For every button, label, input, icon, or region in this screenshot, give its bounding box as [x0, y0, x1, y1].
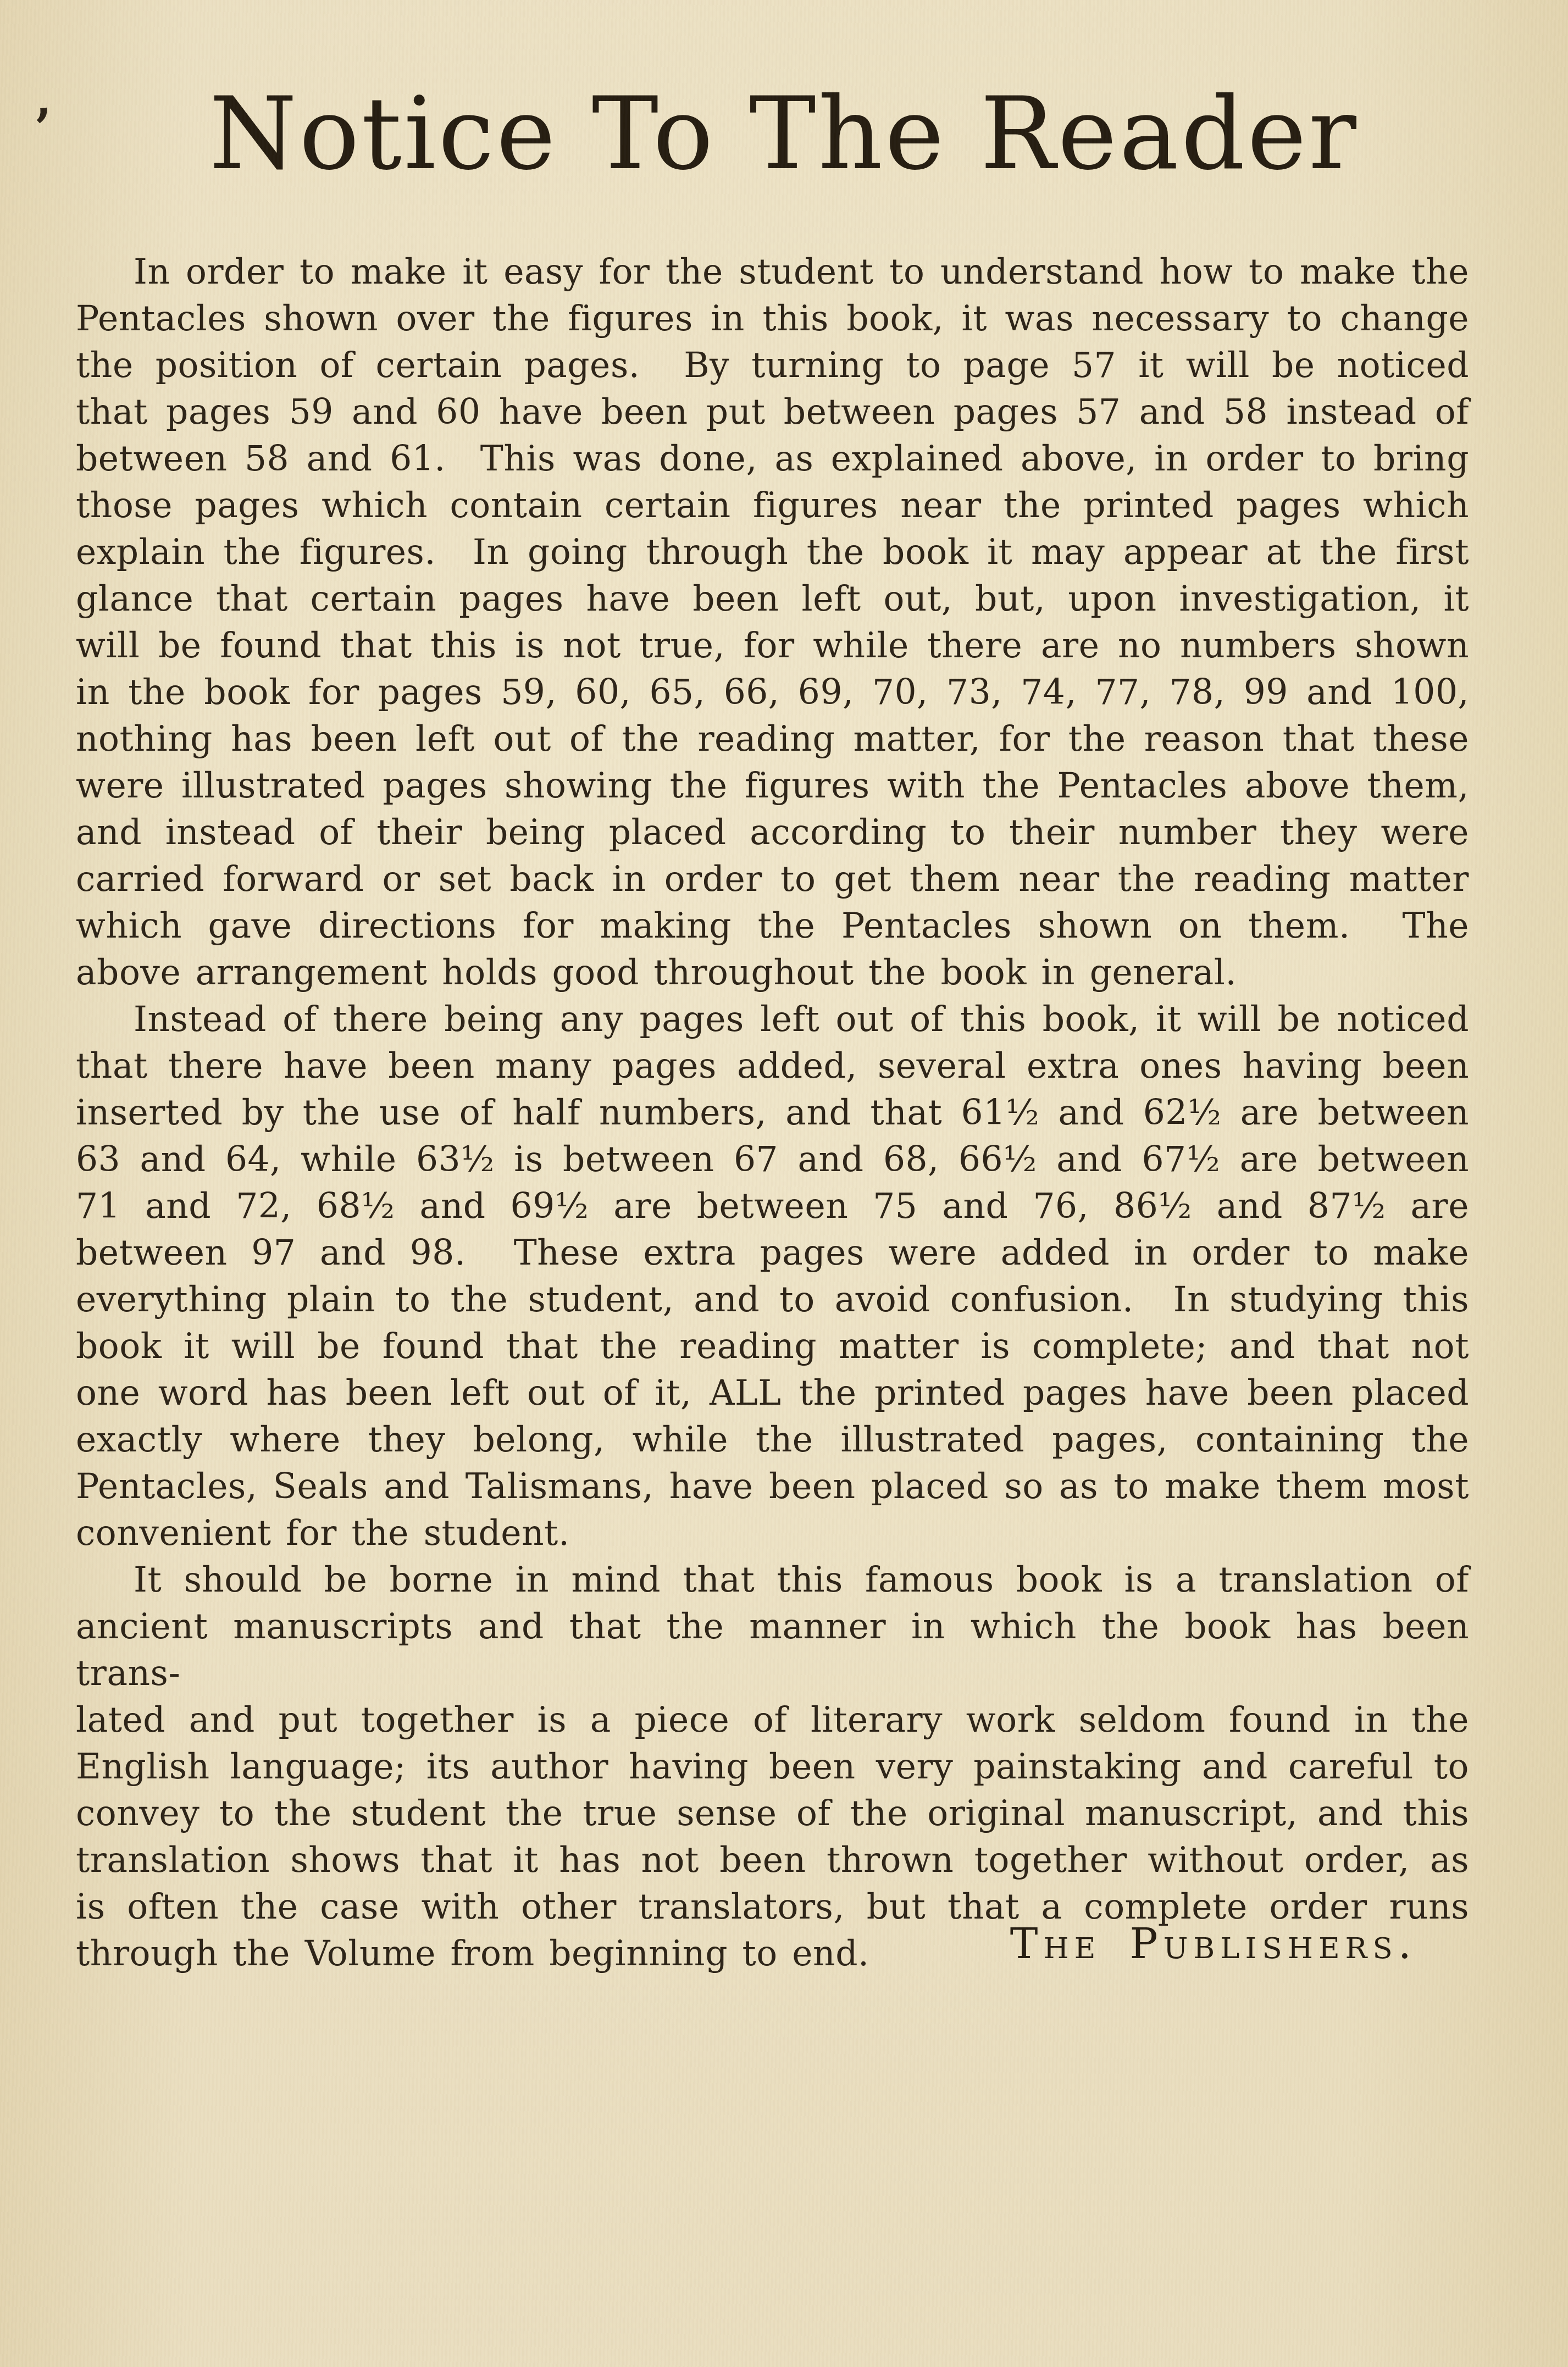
text-line: carried forward or set back in order to …: [76, 856, 1469, 902]
text-line: glance that certain pages have been left…: [76, 575, 1469, 622]
text-line: Instead of there being any pages left ou…: [76, 996, 1469, 1043]
text-line: 71 and 72, 68½ and 69½ are between 75 an…: [76, 1183, 1469, 1229]
paragraph: In order to make it easy for the student…: [76, 248, 1469, 996]
text-line: will be found that this is not true, for…: [76, 622, 1469, 669]
text-line: between 58 and 61. This was done, as exp…: [76, 435, 1469, 482]
text-line: exactly where they belong, while the ill…: [76, 1416, 1469, 1463]
text-line: English language; its author having been…: [76, 1743, 1469, 1790]
text-line: 63 and 64, while 63½ is between 67 and 6…: [76, 1136, 1469, 1183]
text-line: were illustrated pages showing the figur…: [76, 762, 1469, 809]
text-line: between 97 and 98. These extra pages wer…: [76, 1229, 1469, 1276]
publishers-signature: The Publishers.: [76, 1919, 1469, 1968]
text-line: book it will be found that the reading m…: [76, 1323, 1469, 1370]
text-line: the position of certain pages. By turnin…: [76, 342, 1469, 389]
text-line: Pentacles, Seals and Talismans, have bee…: [76, 1463, 1469, 1510]
text-line: translation shows that it has not been t…: [76, 1837, 1469, 1883]
text-line: nothing has been left out of the reading…: [76, 716, 1469, 762]
text-line: that there have been many pages added, s…: [76, 1043, 1469, 1089]
text-line: It should be borne in mind that this fam…: [76, 1556, 1469, 1603]
book-page: ’ Notice To The Reader In order to make …: [0, 0, 1568, 2367]
text-line: convenient for the student.: [76, 1510, 1469, 1556]
notice-text-block: In order to make it easy for the student…: [76, 248, 1469, 1977]
text-line: inserted by the use of half numbers, and…: [76, 1089, 1469, 1136]
text-line: convey to the student the true sense of …: [76, 1790, 1469, 1837]
text-line: everything plain to the student, and to …: [76, 1276, 1469, 1323]
text-line: in the book for pages 59, 60, 65, 66, 69…: [76, 669, 1469, 716]
text-line: In order to make it easy for the student…: [76, 248, 1469, 295]
text-line: and instead of their being placed accord…: [76, 809, 1469, 856]
text-line: explain the figures. In going through th…: [76, 529, 1469, 575]
page-title: Notice To The Reader: [0, 84, 1568, 184]
text-line: one word has been left out of it, ALL th…: [76, 1370, 1469, 1416]
text-line: lated and put together is a piece of lit…: [76, 1697, 1469, 1743]
text-line: that pages 59 and 60 have been put betwe…: [76, 389, 1469, 435]
text-line: those pages which contain certain figure…: [76, 482, 1469, 529]
paragraph: Instead of there being any pages left ou…: [76, 996, 1469, 1556]
text-line: ancient manuscripts and that the manner …: [76, 1603, 1469, 1697]
text-line: which gave directions for making the Pen…: [76, 902, 1469, 949]
text-line: Pentacles shown over the figures in this…: [76, 295, 1469, 342]
paragraph: It should be borne in mind that this fam…: [76, 1556, 1469, 1977]
text-line: above arrangement holds good throughout …: [76, 949, 1469, 996]
